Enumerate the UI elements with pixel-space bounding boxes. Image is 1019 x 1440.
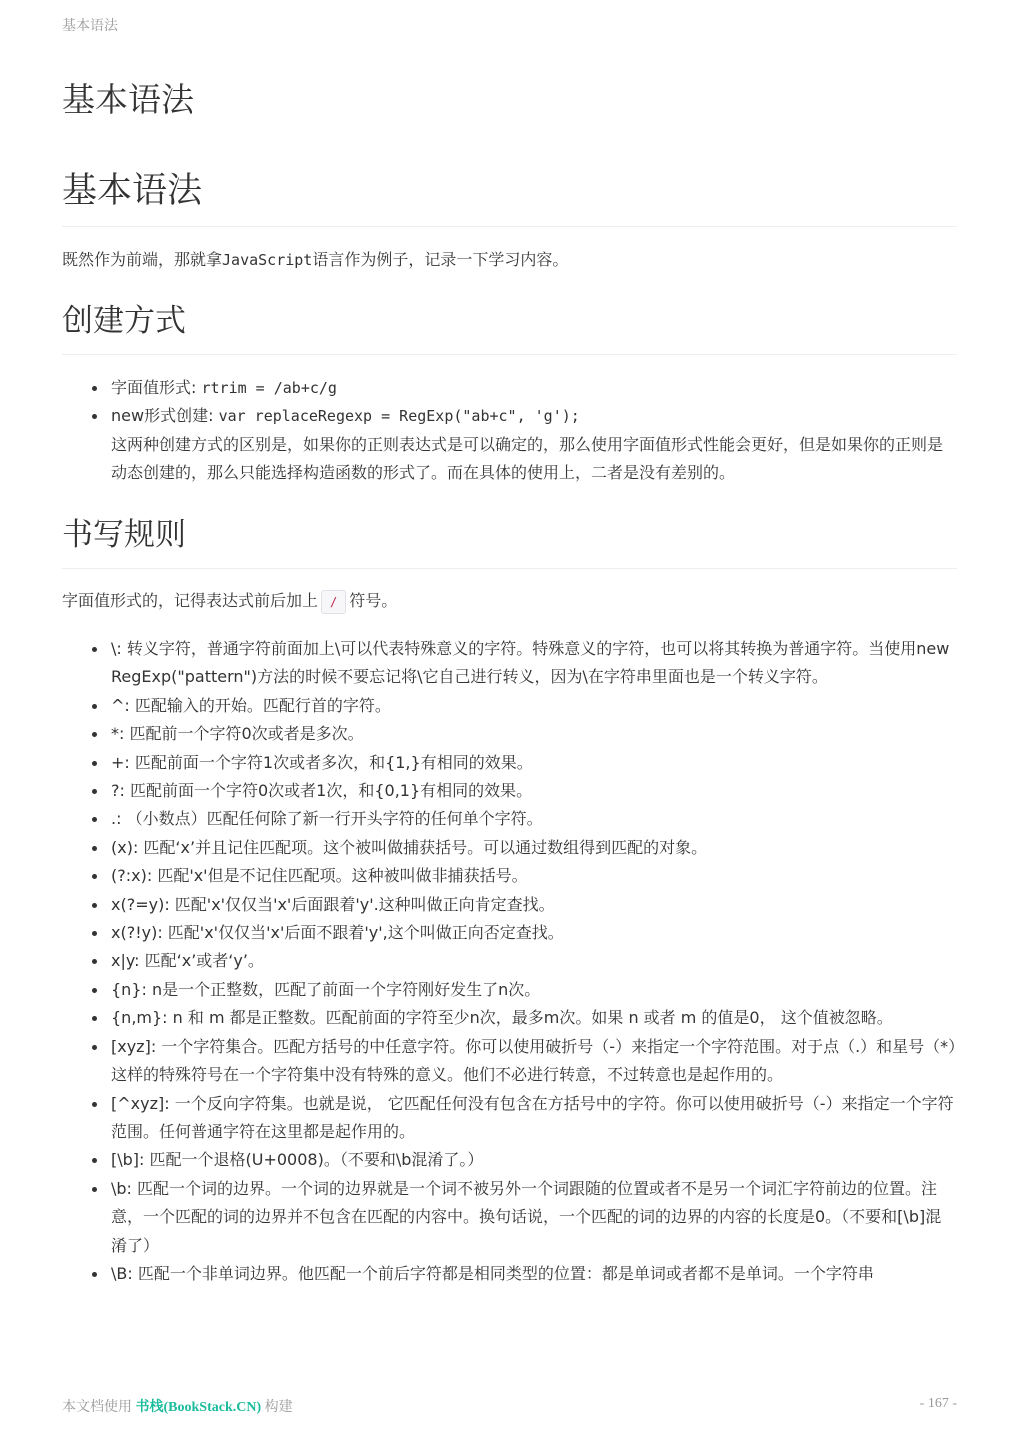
section-heading-rules: 书写规则 [62,514,957,569]
list-item: (x): 匹配‘x’并且记住匹配项。这个被叫做捕获括号。可以通过数组得到匹配的对… [111,834,957,862]
item-label: 字面值形式: [111,378,201,397]
item-code: var replaceRegexp = RegExp("ab+c", 'g'); [219,407,580,425]
document-title: 基本语法 [62,78,194,122]
list-item: .: （小数点）匹配任何除了新一行开头字符的任何单个字符。 [111,805,957,833]
list-item: new形式创建: var replaceRegexp = RegExp("ab+… [111,402,957,487]
list-item: [\b]: 匹配一个退格(U+0008)。（不要和\b混淆了。） [111,1146,957,1174]
list-item: x(?!y): 匹配'x'仅仅当'x'后面不跟着'y',这个叫做正向否定查找。 [111,919,957,947]
list-item: ^: 匹配输入的开始。匹配行首的字符。 [111,692,957,720]
create-note: 这两种创建方式的区别是，如果你的正则表达式是可以确定的，那么使用字面值形式性能会… [111,435,943,482]
list-item: {n,m}: n 和 m 都是正整数。匹配前面的字符至少n次，最多m次。如果 n… [111,1004,957,1032]
intro-code: JavaScript [222,251,312,269]
list-item: \B: 匹配一个非单词边界。他匹配一个前后字符都是相同类型的位置：都是单词或者都… [111,1260,957,1288]
list-item: [xyz]: 一个字符集合。匹配方括号的中任意字符。你可以使用破折号（-）来指定… [111,1033,957,1090]
list-item: {n}: n是一个正整数，匹配了前面一个字符刚好发生了n次。 [111,976,957,1004]
item-label: new形式创建: [111,406,219,425]
list-item: x(?=y): 匹配'x'仅仅当'x'后面跟着'y'.这种叫做正向肯定查找。 [111,891,957,919]
list-item: (?:x): 匹配'x'但是不记住匹配项。这种被叫做非捕获括号。 [111,862,957,890]
footer-suffix: 构建 [261,1400,293,1415]
rules-intro-text: 字面值形式的，记得表达式前后加上 [62,591,318,610]
section-heading-basic-syntax: 基本语法 [62,168,957,227]
section-heading-create: 创建方式 [62,300,957,355]
slash-code: / [321,590,346,614]
rules-intro: 字面值形式的，记得表达式前后加上/符号。 [62,587,957,615]
intro-text: 既然作为前端，那就拿 [62,250,222,269]
list-item: +: 匹配前面一个字符1次或者多次，和{1,}有相同的效果。 [111,749,957,777]
list-item: 字面值形式: rtrim = /ab+c/g [111,374,957,402]
list-item: ?: 匹配前面一个字符0次或者1次，和{0,1}有相同的效果。 [111,777,957,805]
page-number: - 167 - [920,1396,957,1412]
list-item: \: 转义字符，普通字符前面加上\可以代表特殊意义的字符。特殊意义的字符，也可以… [111,635,957,692]
list-item: x|y: 匹配‘x’或者‘y’。 [111,947,957,975]
footer-prefix: 本文档使用 [62,1400,136,1415]
intro-text-suffix: 语言作为例子，记录一下学习内容。 [312,250,568,269]
create-methods-list: 字面值形式: rtrim = /ab+c/g new形式创建: var repl… [62,374,957,488]
list-item: [^xyz]: 一个反向字符集。也就是说， 它匹配任何没有包含在方括号中的字符。… [111,1090,957,1147]
running-header: 基本语法 [62,15,118,35]
rules-intro-suffix: 符号。 [349,591,397,610]
bookstack-link[interactable]: 书栈(BookStack.CN) [136,1400,262,1415]
intro-paragraph: 既然作为前端，那就拿JavaScript语言作为例子，记录一下学习内容。 [62,246,957,274]
item-code: rtrim = /ab+c/g [201,379,336,397]
list-item: *: 匹配前一个字符0次或者是多次。 [111,720,957,748]
list-item: \b: 匹配一个词的边界。一个词的边界就是一个词不被另外一个词跟随的位置或者不是… [111,1175,957,1260]
page-footer: 本文档使用 书栈(BookStack.CN) 构建 - 167 - [62,1396,957,1416]
rules-list: \: 转义字符，普通字符前面加上\可以代表特殊意义的字符。特殊意义的字符，也可以… [62,635,957,1288]
